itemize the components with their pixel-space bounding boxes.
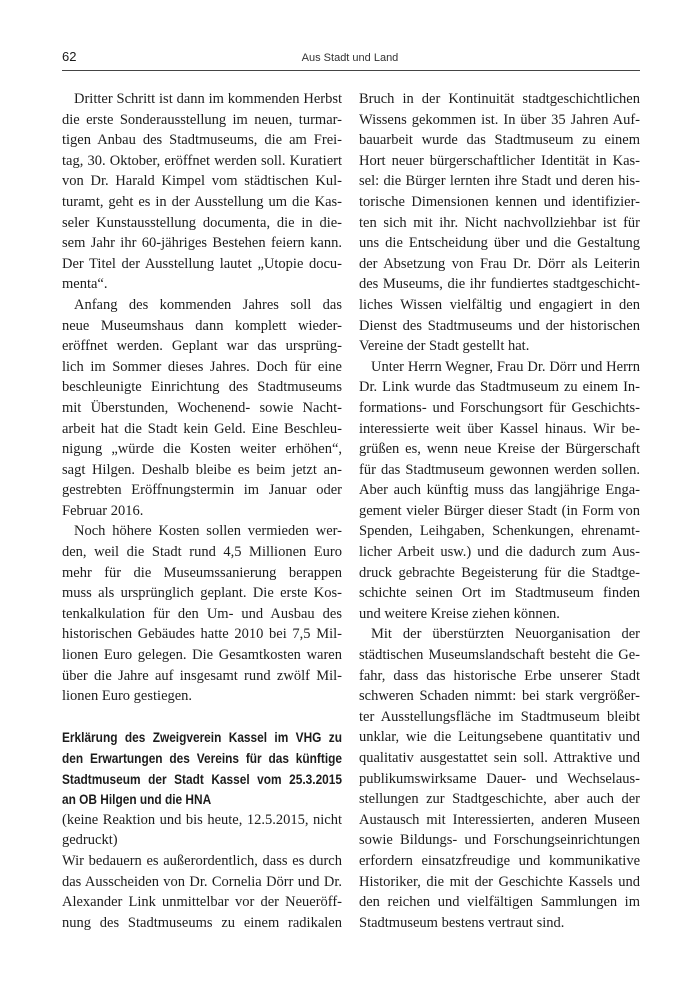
editorial-note: (keine Reaktion und bis heute, 12.5.2015… <box>62 810 342 851</box>
text-line: Alexander Link unmittelbar vor der Neuer… <box>62 892 342 913</box>
text-line: qualitativ ausgestattet sein soll. Attra… <box>359 748 640 769</box>
text-line: torische Dimensionen kennen und identifi… <box>359 192 640 213</box>
text-line: an OB Hilgen und die HNA <box>62 789 342 810</box>
text-line: des Museums, die ihr fundiertes stadtges… <box>359 274 640 295</box>
text-line: licher Arbeit usw.) und die dadurch zum … <box>359 542 640 563</box>
text-line: Wir bedauern es außerordentlich, dass es… <box>62 851 342 872</box>
text-line: gedruckt) <box>62 830 342 851</box>
text-line: Anfang des kommenden Jahres soll das <box>62 295 342 316</box>
text-line: eröffnet werden. Geplant war das ursprün… <box>62 336 342 357</box>
text-line: lich im Sommer dieses Jahres. Doch für e… <box>62 357 342 378</box>
text-line: sowie Bildungs- und Forschungseinrichtun… <box>359 830 640 851</box>
text-line: Der Titel der Ausstellung lautet „Utopie… <box>62 254 342 275</box>
text-line: (keine Reaktion und bis heute, 12.5.2015… <box>62 810 342 831</box>
text-line: von Dr. Harald Kimpel vom städtischen Ku… <box>62 171 342 192</box>
text-line: Erklärung des Zweigverein Kassel im VHG … <box>62 727 342 748</box>
text-line: muss als ursprünglich geplant. Die erste… <box>62 583 342 604</box>
text-line: interessierte weit über Kassel hinaus. W… <box>359 419 640 440</box>
text-line: grüßen es, wenn neue Kreise der Bürgersc… <box>359 439 640 460</box>
text-line: den, weil die Stadt rund 4,5 Millionen E… <box>62 542 342 563</box>
paragraph: Wir bedauern es außerordentlich, dass es… <box>62 851 342 933</box>
text-line: historischen Gebäudes hatte 2010 bei 7,5… <box>62 624 342 645</box>
paragraph: Mit der überstürzten Neuorganisation der… <box>359 624 640 933</box>
text-line: liches Wissen vielfältig und engagiert i… <box>359 295 640 316</box>
text-line: gement vieler Bürger dieser Stadt (in Fo… <box>359 501 640 522</box>
text-line: mehr für die Museumssanierung berappen <box>62 563 342 584</box>
text-line: seler Kunstausstellung documenta, die in… <box>62 213 342 234</box>
text-line: Stadtmuseum bestens vertraut sind. <box>359 913 640 934</box>
text-line: nung des Stadtmuseums zu einem radikalen <box>62 913 342 934</box>
text-line: druck gebrachte Begeisterung für die Sta… <box>359 563 640 584</box>
text-line: Unter Herrn Wegner, Frau Dr. Dörr und He… <box>359 357 640 378</box>
text-line: schweren Schaden nimmt: bei stark vergrö… <box>359 686 640 707</box>
right-column: Bruch in der Kontinuität stadtgeschichtl… <box>359 89 640 933</box>
text-line: Mit der überstürzten Neuorganisation der <box>359 624 640 645</box>
text-line: tigen Anbau des Stadtmuseums, die am Fre… <box>62 130 342 151</box>
text-line: tag, 30. Oktober, eröffnet werden soll. … <box>62 151 342 172</box>
paragraph-spacer <box>62 707 342 728</box>
paragraph: Unter Herrn Wegner, Frau Dr. Dörr und He… <box>359 357 640 625</box>
text-line: ten sich mit ihr. Nicht nachvollziehbar … <box>359 213 640 234</box>
text-line: sagt Hilgen. Deshalb bleibe es beim jetz… <box>62 460 342 481</box>
text-line: menta“. <box>62 274 342 295</box>
text-line: und weitere Kreise ziehen können. <box>359 604 640 625</box>
text-line: erfordern einsatzfreudige und kommunikat… <box>359 851 640 872</box>
text-line: arbeit hat die Stadt kein Geld. Eine Bes… <box>62 419 342 440</box>
text-line: Februar 2016. <box>62 501 342 522</box>
text-line: der Absetzung von Frau Dr. Dörr als Leit… <box>359 254 640 275</box>
text-line: sem Jahr ihr 60-jähriges Bestehen feiern… <box>62 233 342 254</box>
text-line: schichte seinen Ort im Stadtmuseum finde… <box>359 583 640 604</box>
text-line: mit Überstunden, Wochenend- sowie Nacht- <box>62 398 342 419</box>
text-line: nigung „würde die Kosten weiter erhöhen“… <box>62 439 342 460</box>
text-line: stellungen zur Stadtgeschichte, aber auc… <box>359 789 640 810</box>
running-title: Aus Stadt und Land <box>0 51 700 65</box>
text-line: Hort neuer bürgerschaftlicher Identität … <box>359 151 640 172</box>
text-line: Noch höhere Kosten sollen vermieden wer- <box>62 521 342 542</box>
text-line: Spenden, Leihgaben, Schenkungen, ehrenam… <box>359 521 640 542</box>
text-line: Historiker, die mit der Geschichte Kasse… <box>359 872 640 893</box>
paragraph: Anfang des kommenden Jahres soll dasneue… <box>62 295 342 522</box>
header-rule <box>62 70 640 71</box>
text-line: über die Jahre auf insgesamt rund zwölf … <box>62 666 342 687</box>
text-line: gestrebten Eröffnungstermin im Januar od… <box>62 480 342 501</box>
left-column: Dritter Schritt ist dann im kommenden He… <box>62 89 342 933</box>
paragraph: Bruch in der Kontinuität stadtgeschichtl… <box>359 89 640 357</box>
text-line: beschleunigte Einrichtung des Stadtmuseu… <box>62 377 342 398</box>
text-line: Dritter Schritt ist dann im kommenden He… <box>62 89 342 110</box>
section-heading: Erklärung des Zweigverein Kassel im VHG … <box>62 727 342 809</box>
text-line: uns die Entscheidung über und die Gestal… <box>359 233 640 254</box>
text-line: sel: die Bürger lernten ihre Stadt und d… <box>359 171 640 192</box>
text-line: lionen Euro gelegen. Die Gesamtkosten wa… <box>62 645 342 666</box>
text-line: tenkalkulation für den Um- und Ausbau de… <box>62 604 342 625</box>
text-line: Vereine der Stadt gestellt hat. <box>359 336 640 357</box>
paragraph: Dritter Schritt ist dann im kommenden He… <box>62 89 342 295</box>
text-line: publikumswirksame Dauer- und Wechselaus- <box>359 769 640 790</box>
paragraph: Noch höhere Kosten sollen vermieden wer-… <box>62 521 342 706</box>
text-line: das Ausscheiden von Dr. Cornelia Dörr un… <box>62 872 342 893</box>
text-line: Wissens gekommen ist. In über 35 Jahren … <box>359 110 640 131</box>
text-line: Aber auch künftig muss das langjährige E… <box>359 480 640 501</box>
text-line: lionen Euro gestiegen. <box>62 686 342 707</box>
text-line: für das Stadtmuseum gewonnen werden soll… <box>359 460 640 481</box>
text-line: die erste Sonderausstellung im neuen, tu… <box>62 110 342 131</box>
text-line: formations- und Forschungsort für Geschi… <box>359 398 640 419</box>
text-line: Dienst des Stadtmuseums und der historis… <box>359 316 640 337</box>
text-line: städtischen Museumslandschaft besteht di… <box>359 645 640 666</box>
text-line: turamt, geht es in der Ausstellung um di… <box>62 192 342 213</box>
text-line: ter Ausstellungsfläche im Stadtmuseum bl… <box>359 707 640 728</box>
text-line: neue Museumshaus dann komplett wieder- <box>62 316 342 337</box>
text-line: fahr, dass das historische Erbe unserer … <box>359 666 640 687</box>
text-line: Austausch mit Interessierten, anderen Mu… <box>359 810 640 831</box>
text-line: unklar, wie die Leitungsebene quantitati… <box>359 727 640 748</box>
text-line: Dr. Link wurde das Stadtmuseum zu einem … <box>359 377 640 398</box>
text-line: Bruch in der Kontinuität stadtgeschichtl… <box>359 89 640 110</box>
text-line: den Erwartungen des Vereins für das künf… <box>62 748 342 769</box>
text-line: den reichen und vielfältigen Sammlungen … <box>359 892 640 913</box>
text-line: Stadtmuseum der Stadt Kassel vom 25.3.20… <box>62 769 342 790</box>
text-line: bauarbeit wurde das Stadtmuseum zu einem <box>359 130 640 151</box>
